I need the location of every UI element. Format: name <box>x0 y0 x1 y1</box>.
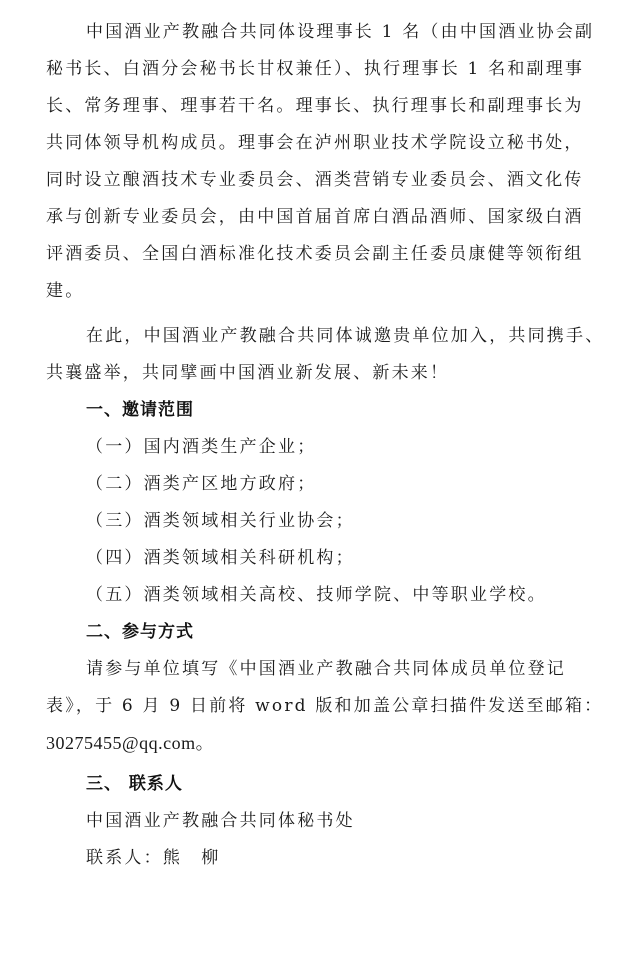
text-line: 评酒委员、全国白酒标准化技术委员会副主任委员康健等领衔组 <box>46 236 594 273</box>
text-line: 共襄盛举，共同擘画中国酒业新发展、新未来！ <box>46 355 594 392</box>
text-line: 共同体领导机构成员。理事会在泸州职业技术学院设立秘书处， <box>46 125 594 162</box>
text-line: 在此，中国酒业产教融合共同体诚邀贵单位加入，共同携手、 <box>46 318 594 355</box>
paragraph-invitation: 在此，中国酒业产教融合共同体诚邀贵单位加入，共同携手、 共襄盛举，共同擘画中国酒… <box>46 318 594 392</box>
section-heading: 一、邀请范围 <box>46 392 594 429</box>
text-line: 长、常务理事、理事若干名。理事长、执行理事长和副理事长为 <box>46 88 594 125</box>
text-line: 表》，于 6 月 9 日前将 word 版和加盖公章扫描件发送至邮箱： <box>46 688 594 725</box>
section-participation: 二、参与方式 请参与单位填写《中国酒业产教融合共同体成员单位登记 表》，于 6 … <box>46 614 594 762</box>
section-heading: 二、参与方式 <box>46 614 594 651</box>
text-line: 中国酒业产教融合共同体设理事长 1 名（由中国酒业协会副 <box>46 14 594 51</box>
scope-list-item: （四）酒类领域相关科研机构； <box>46 540 594 577</box>
text-line: 同时设立酿酒技术专业委员会、酒类营销专业委员会、酒文化传 <box>46 162 594 199</box>
paragraph-leadership: 中国酒业产教融合共同体设理事长 1 名（由中国酒业协会副 秘书长、白酒分会秘书长… <box>46 14 594 310</box>
text-line: 秘书长、白酒分会秘书长甘权兼任）、执行理事长 1 名和副理事 <box>46 51 594 88</box>
scope-list-item: （二）酒类产区地方政府； <box>46 466 594 503</box>
text-line: 建。 <box>46 273 594 310</box>
scope-list-item: （三）酒类领域相关行业协会； <box>46 503 594 540</box>
text-line: 承与创新专业委员会，由中国首届首席白酒品酒师、国家级白酒 <box>46 199 594 236</box>
scope-list-item: （一）国内酒类生产企业； <box>46 429 594 466</box>
section-invitation-scope: 一、邀请范围 （一）国内酒类生产企业； （二）酒类产区地方政府； （三）酒类领域… <box>46 392 594 614</box>
scope-list-item: （五）酒类领域相关高校、技师学院、中等职业学校。 <box>46 577 594 614</box>
section-heading: 三、 联系人 <box>46 766 594 803</box>
document-page: 中国酒业产教融合共同体设理事长 1 名（由中国酒业协会副 秘书长、白酒分会秘书长… <box>46 14 594 877</box>
section-contact: 三、 联系人 中国酒业产教融合共同体秘书处 联系人：熊 柳 <box>46 766 594 877</box>
contact-label: 联系人： <box>86 848 163 868</box>
email-address: 30275455@qq.com。 <box>46 725 594 762</box>
text-line: 请参与单位填写《中国酒业产教融合共同体成员单位登记 <box>46 651 594 688</box>
contact-organization: 中国酒业产教融合共同体秘书处 <box>46 803 594 840</box>
contact-name: 熊 柳 <box>163 848 221 868</box>
contact-person: 联系人：熊 柳 <box>46 840 594 877</box>
